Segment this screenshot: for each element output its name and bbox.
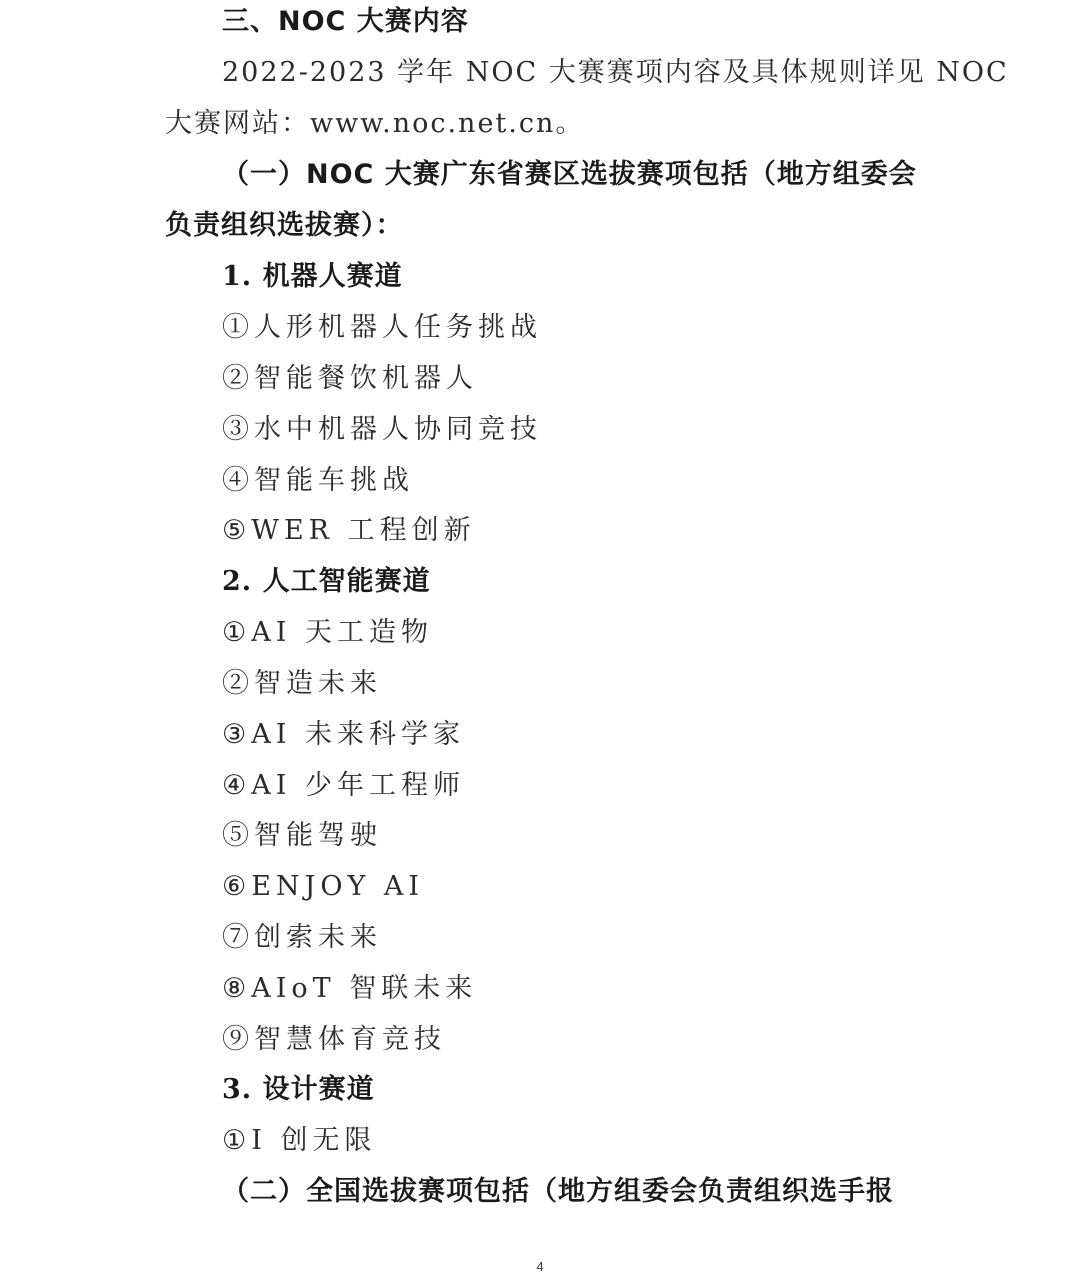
track-title-ai: 2. 人工智能赛道	[222, 565, 431, 599]
part1-heading-line-1: （一）NOC 大赛广东省赛区选拔赛项包括（地方组委会	[222, 158, 917, 192]
list-item: ⑥ENJOY AI	[222, 870, 424, 904]
list-item: ④AI 少年工程师	[222, 769, 465, 803]
list-item: ⑨智慧体育竞技	[222, 1023, 446, 1057]
list-item: ③AI 未来科学家	[222, 718, 465, 752]
track-title-robotics: 1. 机器人赛道	[222, 260, 403, 294]
list-item: ②智造未来	[222, 667, 382, 701]
list-item: ③水中机器人协同竞技	[222, 413, 542, 447]
part1-heading-line-2: 负责组织选拔赛）：	[165, 209, 404, 243]
part2-heading-line-1: （二）全国选拔赛项包括（地方组委会负责组织选手报	[222, 1175, 894, 1209]
list-item: ⑦创索未来	[222, 921, 382, 955]
list-item: ⑤智能驾驶	[222, 819, 382, 853]
list-item: ⑤WER 工程创新	[222, 514, 476, 548]
list-item: ①人形机器人任务挑战	[222, 311, 542, 345]
page-number: 4	[0, 1259, 1080, 1274]
list-item: ①I 创无限	[222, 1124, 376, 1158]
list-item: ④智能车挑战	[222, 464, 414, 498]
list-item: ②智能餐饮机器人	[222, 362, 478, 396]
list-item: ⑧AIoT 智联未来	[222, 972, 477, 1006]
list-item: ①AI 天工造物	[222, 616, 433, 650]
section-title: 三、NOC 大赛内容	[222, 5, 469, 39]
intro-paragraph-line-2: 大赛网站：www.noc.net.cn。	[165, 107, 584, 141]
intro-paragraph-line-1: 2022-2023 学年 NOC 大赛赛项内容及具体规则详见 NOC	[222, 56, 1009, 90]
track-title-design: 3. 设计赛道	[222, 1073, 375, 1107]
